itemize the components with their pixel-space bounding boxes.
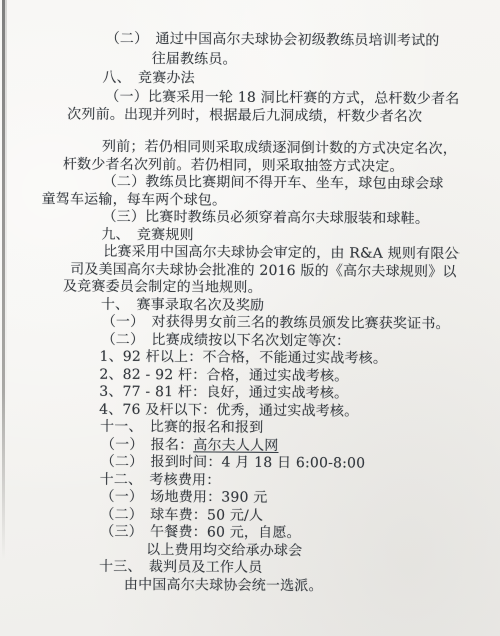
doc-line: 往届教练员。 [152,51,237,68]
fee-item: （一） 场地费用：390 元 [100,489,267,506]
signup-link[interactable]: 高尔夫人人网 [193,437,278,454]
doc-line: （二） 通过中国高尔夫球协会初级教练员培训考试的 [106,31,440,49]
section-10-heading: 十、 赛事录取名次及奖励 [101,297,265,314]
doc-line: （一） 对获得男女前三名的教练员颁发比赛获奖证书。 [102,314,450,332]
doc-line: 列前；若仍相同则采取成绩逐洞倒计数的方式决定名次， [102,139,457,157]
section-8-heading: 八、 竞赛办法 [102,70,195,87]
fee-item: （二） 球车费：50 元/人 [100,507,263,524]
section-12-heading: 十二、 考核费用： [100,472,221,489]
document-body: （二） 通过中国高尔夫球协会初级教练员培训考试的 往届教练员。 八、 竞赛办法 … [0,0,500,636]
score-grade-item: 2、82 - 92 杆：合格，通过实战考核。 [99,367,348,385]
doc-line: 比赛采用中国高尔夫球协会审定的，由 R&A 规则有限公 [103,244,459,262]
doc-line: （三）比赛时教练员必须穿着高尔夫球服装和球鞋。 [102,209,429,227]
doc-line: 童驾车运输，每车两个球包。 [42,191,227,208]
score-grade-item: 1、92 杆以上：不合格，不能通过实战考核。 [99,349,387,367]
fee-note: 以上费用均交给承办球会 [146,542,302,559]
doc-line: （二） 比赛成绩按以下名次划定等次： [102,332,351,350]
doc-line: （一）比赛采用一轮 18 洞比杆赛的方式，总杆数少者名 [105,89,459,107]
fee-item: （三） 午餐费：60 元，自愿。 [100,524,301,541]
scanned-document-page: （二） 通过中国高尔夫球协会初级教练员培训考试的 往届教练员。 八、 竞赛办法 … [0,0,500,636]
signup-label: （一） 报名： [101,437,194,454]
section-9-heading: 九、 竞赛规则 [101,227,194,244]
doc-line: 及竞赛委员会制定的当地规则。 [63,278,262,295]
doc-line: 杆数少者名次列前。若仍相同，则采取抽签方式决定。 [63,156,404,174]
score-grade-item: 3、77 - 81 杆：良好，通过实战考核。 [99,384,348,402]
doc-line: 次列前。出现并列时，根据最后九洞成绩，杆数少者名次 [67,106,422,124]
signup-line: （一） 报名：高尔夫人人网 [101,437,279,454]
section-11-heading: 十一、 比赛的报名和报到 [100,419,264,436]
score-grade-item: 4、76 及杆以下：优秀，通过实战考核。 [99,402,358,420]
doc-line: （二）教练员比赛期间不得开车、坐车，球包由球会球 [103,174,444,192]
doc-line: 由中国高尔夫球协会统一选派。 [124,577,323,594]
doc-line: 司及美国高尔夫球协会批准的 2016 版的《高尔夫球规则》以 [70,261,457,280]
section-13-heading: 十三、 裁判员及工作人员 [99,559,263,576]
checkin-time-line: （二） 报到时间：4 月 18 日 6:00-8:00 [101,454,366,472]
